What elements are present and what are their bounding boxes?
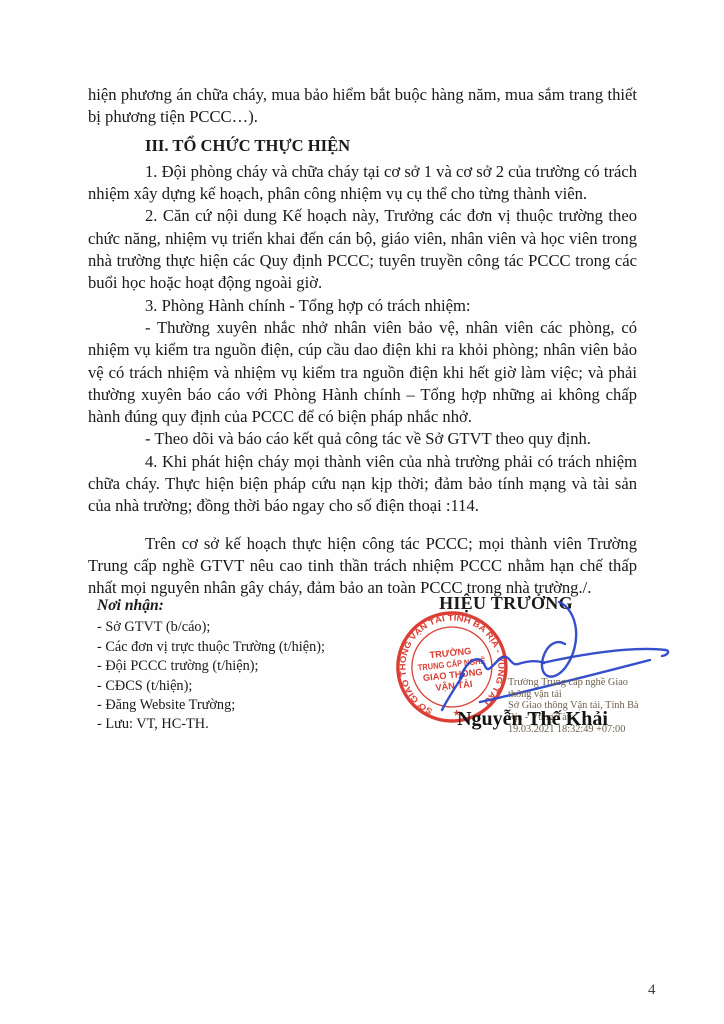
recipient-item: - CĐCS (t/hiện); <box>97 677 325 696</box>
paragraph-item-3: 3. Phòng Hành chính - Tổng hợp có trách … <box>88 295 637 317</box>
body-text: hiện phương án chữa cháy, mua bảo hiểm b… <box>88 84 637 600</box>
section-heading: III. TỔ CHỨC THỰC HIỆN <box>88 135 637 157</box>
recipient-item: - Các đơn vị trực thuộc Trường (t/hiện); <box>97 638 325 657</box>
paragraph-item-1: 1. Đội phòng cháy và chữa cháy tại cơ sở… <box>88 161 637 206</box>
signature-stroke <box>542 602 576 677</box>
recipient-item: - Lưu: VT, HC-TH. <box>97 715 325 734</box>
paragraph-dash-2: - Theo dõi và báo cáo kết quả công tác v… <box>88 428 637 450</box>
recipients-block: Nơi nhận: - Sở GTVT (b/cáo); - Các đơn v… <box>97 596 325 735</box>
recipients-label: Nơi nhận: <box>97 596 325 615</box>
signature-stroke <box>460 657 544 678</box>
paragraph-item-2: 2. Căn cứ nội dung Kế hoạch này, Trưởng … <box>88 205 637 294</box>
recipient-item: - Đăng Website Trường; <box>97 696 325 715</box>
paragraph-continuation: hiện phương án chữa cháy, mua bảo hiểm b… <box>88 84 637 129</box>
recipient-item: - Đội PCCC trường (t/hiện); <box>97 657 325 676</box>
paragraph-closing: Trên cơ sở kế hoạch thực hiện công tác P… <box>88 533 637 600</box>
paragraph-item-4: 4. Khi phát hiện cháy mọi thành viên của… <box>88 451 637 518</box>
recipient-item: - Sở GTVT (b/cáo); <box>97 618 325 637</box>
digital-signature-line: Trường Trung cấp nghề Giao <box>508 677 639 689</box>
signature-stroke <box>442 674 464 710</box>
document-page: hiện phương án chữa cháy, mua bảo hiểm b… <box>0 0 724 1024</box>
signer-name: Nguyễn Thế Khải <box>415 708 650 731</box>
digital-signature-line: thông vận tải <box>508 689 639 701</box>
paragraph-dash-1: - Thường xuyên nhắc nhở nhân viên bảo vệ… <box>88 317 637 428</box>
page-number: 4 <box>648 982 656 999</box>
